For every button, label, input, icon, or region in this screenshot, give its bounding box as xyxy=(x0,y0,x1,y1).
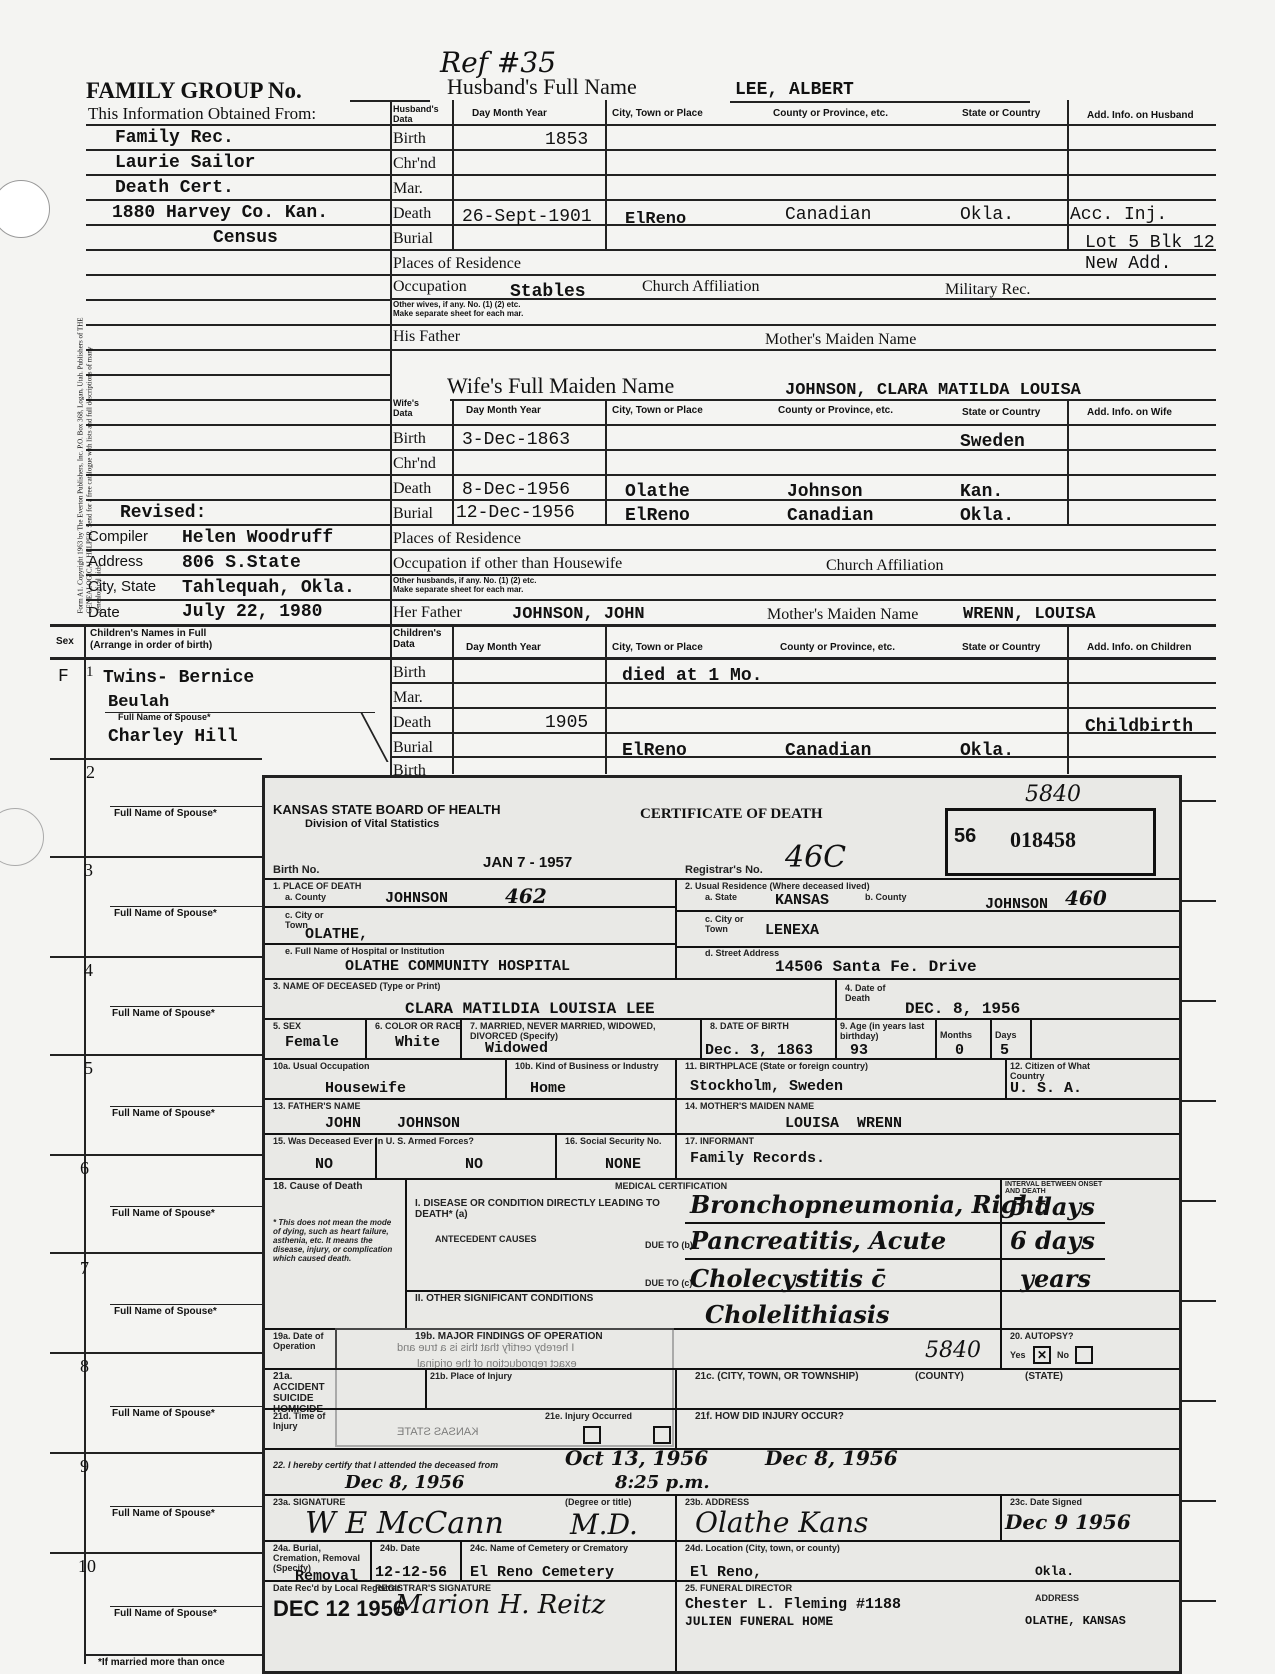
child-1-death-date: 1905 xyxy=(545,713,588,733)
funeral-home: JULIEN FUNERAL HOME xyxy=(685,1614,833,1629)
child-9-spouse-label: Full Name of Spouse* xyxy=(112,1508,215,1519)
res-city: LENEXA xyxy=(765,922,819,939)
her-mother: WRENN, LOUISA xyxy=(963,605,1096,624)
wife-occupation-label: Occupation if other than Housewife xyxy=(393,555,622,573)
husband-death-county: Canadian xyxy=(785,205,871,225)
wife-col-date: Day Month Year xyxy=(466,405,541,416)
child-3-number: 3 xyxy=(84,860,93,881)
wife-death-county: Johnson xyxy=(787,482,863,502)
cemetery: El Reno Cemetery xyxy=(470,1564,614,1581)
husband-death-date: 26-Sept-1901 xyxy=(462,207,592,227)
info-obtained-label: This Information Obtained From: xyxy=(88,104,316,124)
due-to-c-label: DUE TO (c) xyxy=(645,1278,692,1288)
child-1-burial-county: Canadian xyxy=(785,741,871,761)
residence-label: 2. Usual Residence (Where deceased lived… xyxy=(685,881,870,891)
child-10-spouse-label: Full Name of Spouse* xyxy=(114,1608,217,1619)
cert-address: Olathe Kans xyxy=(695,1506,868,1539)
location-state: Okla. xyxy=(1035,1564,1074,1579)
col-state: State or Country xyxy=(962,108,1040,119)
husband-data-label: Husband's Data xyxy=(393,104,451,124)
punch-hole-top xyxy=(0,180,50,238)
received-stamp: JAN 7 - 1957 xyxy=(483,854,572,871)
wife-col-state: State or Country xyxy=(962,407,1040,418)
wife-burial-county: Canadian xyxy=(787,506,873,526)
child-8-number: 8 xyxy=(80,1356,89,1377)
child-5-number: 5 xyxy=(84,1058,93,1079)
col-add-info-children: Add. Info. on Children xyxy=(1087,642,1191,653)
compiler-name: Helen Woodruff xyxy=(182,528,333,548)
wife-name: JOHNSON, CLARA MATILDA LOUISA xyxy=(785,381,1081,400)
interval-c: years xyxy=(1020,1264,1091,1293)
cause-label: 18. Cause of Death xyxy=(273,1181,393,1192)
husband-name-label: Husband's Full Name xyxy=(447,74,637,100)
husband-burial-label: Burial xyxy=(393,230,433,248)
husband-birth-label: Birth xyxy=(393,130,426,148)
injury-occurred-label: 21e. Injury Occurred xyxy=(545,1411,632,1421)
days-label: Days xyxy=(995,1030,1017,1040)
wife-death-date: 8-Dec-1956 xyxy=(462,480,570,500)
wife-birth-date: 3-Dec-1863 xyxy=(462,430,570,450)
child-5-spouse-label: Full Name of Spouse* xyxy=(112,1108,215,1119)
col-county: County or Province, etc. xyxy=(773,108,888,119)
his-father-label: His Father xyxy=(393,328,460,346)
source-4: 1880 Harvey Co. Kan. xyxy=(112,203,328,223)
child-2-spouse-label: Full Name of Spouse* xyxy=(114,808,217,819)
cert-agency: KANSAS STATE BOARD OF HEALTH xyxy=(273,802,501,817)
child-1-birth-label: Birth xyxy=(393,664,426,682)
father-label: 13. FATHER'S NAME xyxy=(273,1101,361,1111)
wife-birth-state: Sweden xyxy=(960,432,1025,452)
revised-label: Revised: xyxy=(120,503,206,523)
deceased-name-label: 3. NAME OF DECEASED (Type or Print) xyxy=(273,981,440,991)
husband-church-label: Church Affiliation xyxy=(642,278,759,296)
date-of-death-label: 4. Date of Death xyxy=(845,983,895,1003)
autopsy-label: 20. AUTOPSY? xyxy=(1010,1331,1074,1341)
footnote: *If married more than once xyxy=(98,1657,225,1668)
child-1-name: Twins- Bernice xyxy=(103,668,254,688)
file-note-2: 5840 xyxy=(925,1338,981,1363)
death-certificate: KANSAS STATE BOARD OF HEALTH Division of… xyxy=(262,775,1182,1674)
husband-birth-date: 1853 xyxy=(545,130,588,150)
date-signed: Dec 9 1956 xyxy=(1005,1510,1131,1534)
autopsy-yes-checkbox[interactable]: ✕ xyxy=(1033,1346,1051,1364)
husband-chr-label: Chr'nd xyxy=(393,155,436,173)
color-label: 6. COLOR OR RACE xyxy=(375,1021,462,1031)
col-add-info-husband: Add. Info. on Husband xyxy=(1087,110,1194,121)
res-county-code: 460 xyxy=(1065,886,1107,910)
family-group-label: FAMILY GROUP No. xyxy=(86,78,302,104)
death-county: JOHNSON xyxy=(385,890,448,907)
days: 5 xyxy=(1000,1042,1009,1059)
hospital-label: e. Full Name of Hospital or Institution xyxy=(285,946,445,956)
husband-occupation-label: Occupation xyxy=(393,278,467,296)
wife-col-county: County or Province, etc. xyxy=(778,405,893,416)
wife-burial-label: Burial xyxy=(393,505,433,523)
industry: Home xyxy=(530,1080,566,1097)
her-father-label: Her Father xyxy=(393,604,462,622)
informant-label: 17. INFORMANT xyxy=(685,1136,754,1146)
state-file-box: 56 018458 xyxy=(945,808,1156,876)
husband-death-state: Okla. xyxy=(960,205,1014,225)
ssn: NONE xyxy=(605,1156,641,1173)
birthplace-label: 11. BIRTHPLACE (State or foreign country… xyxy=(685,1061,868,1071)
citizen: U. S. A. xyxy=(1010,1080,1082,1097)
child-1-burial-state: Okla. xyxy=(960,741,1014,761)
child-1-burial-label: Burial xyxy=(393,739,433,757)
wife-burial-state: Okla. xyxy=(960,506,1014,526)
occupation-label: 10a. Usual Occupation xyxy=(273,1061,370,1071)
occupation: Housewife xyxy=(325,1080,406,1097)
burial-date-label: 24b. Date xyxy=(380,1543,420,1553)
wife-burial-date: 12-Dec-1956 xyxy=(456,503,575,523)
source-5: Census xyxy=(213,228,278,248)
cause-a: Bronchopneumonia, Right xyxy=(690,1190,1046,1219)
injury-not-at-work-checkbox[interactable] xyxy=(653,1426,671,1444)
wife-col-city: City, Town or Place xyxy=(612,405,703,416)
husband-burial-info-extra: New Add. xyxy=(1085,254,1171,274)
injury-while-at-work-checkbox[interactable] xyxy=(583,1426,601,1444)
date-rec: DEC 12 1956 xyxy=(273,1596,405,1622)
date-signed-label: 23c. Date Signed xyxy=(1010,1497,1082,1507)
husband-military-label: Military Rec. xyxy=(945,281,1030,299)
registrar-no: 46C xyxy=(785,840,846,875)
child-6-number: 6 xyxy=(80,1158,89,1179)
armed-forces: NO xyxy=(315,1156,333,1173)
cert-title: CERTIFICATE OF DEATH xyxy=(640,806,823,823)
funeral-director-label: 25. FUNERAL DIRECTOR xyxy=(685,1583,792,1593)
source-1: Family Rec. xyxy=(115,128,234,148)
child-2-number: 2 xyxy=(86,762,95,783)
child-3-spouse-label: Full Name of Spouse* xyxy=(114,908,217,919)
burial-date: 12-12-56 xyxy=(375,1564,447,1581)
wife-residence-label: Places of Residence xyxy=(393,530,521,548)
other-wives-label: Other wives, if any. No. (1) (2) etc.Mak… xyxy=(393,300,523,318)
child-1-birth-note: died at 1 Mo. xyxy=(622,666,762,686)
wife-burial-city: ElReno xyxy=(625,506,690,526)
injury-time-label: 21d. Time of Injury xyxy=(273,1411,328,1431)
wife-church-label: Church Affiliation xyxy=(826,557,943,575)
funeral-address: OLATHE, KANSAS xyxy=(1025,1614,1126,1628)
cause-b: Pancreatitis, Acute xyxy=(690,1226,946,1255)
dob-label: 8. DATE OF BIRTH xyxy=(710,1021,789,1031)
marital: Widowed xyxy=(485,1040,548,1057)
months-label: Months xyxy=(940,1030,972,1040)
cert-file-note: 5840 xyxy=(1025,782,1081,807)
husband-mar-label: Mar. xyxy=(393,180,423,198)
wife-name-label: Wife's Full Maiden Name xyxy=(447,373,674,399)
last-saw-alive: Dec 8, 1956 xyxy=(345,1472,464,1493)
source-3: Death Cert. xyxy=(115,178,234,198)
child-1-death-info: Childbirth xyxy=(1085,717,1193,737)
age-label: 9. Age (in years last birthday) xyxy=(840,1021,930,1041)
death-city: OLATHE, xyxy=(305,926,368,943)
child-1-burial-city: ElReno xyxy=(622,741,687,761)
age: 93 xyxy=(850,1042,868,1059)
child-1-spouse: Charley Hill xyxy=(108,727,238,747)
antecedent-label: ANTECEDENT CAUSES xyxy=(435,1234,537,1244)
compiler-date: July 22, 1980 xyxy=(182,602,322,622)
months: 0 xyxy=(955,1042,964,1059)
husband-residence-label: Places of Residence xyxy=(393,255,521,273)
child-1-death-label: Death xyxy=(393,714,431,732)
child-1-number: 1 xyxy=(86,664,94,681)
wife-data-label: Wife's Data xyxy=(393,398,433,418)
interval-a: 5 days xyxy=(1010,1192,1095,1221)
husband-name: LEE, ALBERT xyxy=(735,80,854,100)
child-col-county: County or Province, etc. xyxy=(780,642,895,653)
interval-b: 6 days xyxy=(1010,1226,1095,1255)
funeral-address-label: ADDRESS xyxy=(1035,1593,1079,1603)
child-1-mar-label: Mar. xyxy=(393,689,423,707)
place-of-death-label: 1. PLACE OF DEATH xyxy=(273,881,361,891)
other-conditions: Cholelithiasis xyxy=(705,1300,890,1329)
child-1-sex: F xyxy=(58,667,69,687)
sex-label: 5. SEX xyxy=(273,1021,301,1031)
child-2-birth-label: Birth xyxy=(393,762,426,775)
col-city: City, Town or Place xyxy=(612,108,703,119)
res-city-label: c. City or Town xyxy=(705,914,745,934)
location: El Reno, xyxy=(690,1564,762,1581)
color: White xyxy=(395,1034,440,1051)
injury-state-label: (STATE) xyxy=(1025,1371,1063,1382)
his-mother-label: Mother's Maiden Name xyxy=(765,331,916,349)
township-code: 462 xyxy=(505,884,547,908)
state-file-prefix: 56 xyxy=(954,825,976,848)
res-state: KANSAS xyxy=(775,892,829,909)
industry-label: 10b. Kind of Business or Industry xyxy=(515,1061,665,1071)
child-4-spouse-label: Full Name of Spouse* xyxy=(112,1008,215,1019)
wife-chr-label: Chr'nd xyxy=(393,455,436,473)
compiler-city-state: Tahlequah, Okla. xyxy=(182,578,355,598)
dob: Dec. 3, 1863 xyxy=(705,1042,813,1059)
wife-death-state: Kan. xyxy=(960,482,1003,502)
city-state-label: City, State xyxy=(88,578,156,595)
cemetery-label: 24c. Name of Cemetery or Crematory xyxy=(470,1543,628,1553)
husband-death-label: Death xyxy=(393,205,431,223)
sex-col-label: Sex xyxy=(56,636,74,647)
res-state-label: a. State xyxy=(705,892,737,902)
source-2: Laurie Sailor xyxy=(115,153,255,173)
res-street-label: d. Street Address xyxy=(705,948,779,958)
autopsy-no-label: No xyxy=(1057,1350,1069,1360)
county-label: a. County xyxy=(285,892,326,902)
res-street: 14506 Santa Fe. Drive xyxy=(775,958,977,976)
child-1-name-2: Beulah xyxy=(108,693,169,712)
child-7-number: 7 xyxy=(80,1258,89,1279)
child-4-number: 4 xyxy=(84,960,93,981)
compiler-label: Compiler xyxy=(88,528,148,545)
birth-no-label: Birth No. xyxy=(273,864,319,876)
injury-place-label: 21b. Place of Injury xyxy=(430,1371,512,1381)
compiler-address: 806 S.State xyxy=(182,553,301,573)
how-injury-label: 21f. HOW DID INJURY OCCUR? xyxy=(695,1411,844,1422)
husband-death-city: ElReno xyxy=(625,210,686,229)
date-label: Date xyxy=(88,604,120,621)
wife-birth-label: Birth xyxy=(393,430,426,448)
certify-label: 22. I hereby certify that I attended the… xyxy=(273,1460,498,1470)
registrar-no-label: Registrar's No. xyxy=(685,864,763,876)
death-time: 8:25 p.m. xyxy=(615,1472,710,1493)
disease-label: I. DISEASE OR CONDITION DIRECTLY LEADING… xyxy=(415,1198,685,1220)
operation-date-label: 19a. Date of Operation xyxy=(273,1331,333,1351)
address-label: Address xyxy=(88,553,143,570)
attended-from: Oct 13, 1956 xyxy=(565,1446,708,1470)
birthplace: Stockholm, Sweden xyxy=(690,1078,843,1095)
location-label: 24d. Location (City, town, or county) xyxy=(685,1543,840,1553)
certified-copy-stamp: I hereby certify that this is a true and… xyxy=(335,1328,674,1447)
signature: W E McCann xyxy=(305,1506,504,1541)
child-6-spouse-label: Full Name of Spouse* xyxy=(112,1208,215,1219)
wife-death-label: Death xyxy=(393,480,431,498)
deceased-name: CLARA MATILDIA LOUISIA LEE xyxy=(405,1000,655,1018)
state-file-number: 018458 xyxy=(1010,827,1076,853)
date-of-death: DEC. 8, 1956 xyxy=(905,1000,1020,1018)
mother-label: 14. MOTHER'S MAIDEN NAME xyxy=(685,1101,814,1111)
other-conditions-label: II. OTHER SIGNIFICANT CONDITIONS xyxy=(415,1293,593,1304)
informant: Family Records. xyxy=(690,1150,825,1167)
degree-label: (Degree or title) xyxy=(565,1497,632,1507)
child-col-state: State or Country xyxy=(962,642,1040,653)
registrar-signature: Marion H. Reitz xyxy=(395,1590,605,1620)
hospital: OLATHE COMMUNITY HOSPITAL xyxy=(345,958,570,975)
child-7-spouse-label: Full Name of Spouse* xyxy=(114,1306,217,1317)
ssn-label: 16. Social Security No. xyxy=(565,1136,665,1146)
autopsy-no-checkbox[interactable] xyxy=(1075,1346,1093,1364)
husband-death-info: Acc. Inj. xyxy=(1070,205,1167,225)
wife-death-city: Olathe xyxy=(625,482,690,502)
bracket-line xyxy=(360,712,389,762)
other-husbands-label: Other husbands, if any. No. (1) (2) etc.… xyxy=(393,576,536,594)
child-1-spouse-label: Full Name of Spouse* xyxy=(118,712,211,722)
cause-c: Cholecystitis c̄ xyxy=(690,1264,886,1293)
attended-to: Dec 8, 1956 xyxy=(765,1446,898,1470)
her-father: JOHNSON, JOHN xyxy=(512,605,645,624)
mother: LOUISA WRENN xyxy=(785,1115,902,1132)
cause-footnote: * This does not mean the mode of dying, … xyxy=(273,1218,398,1263)
citizen-label: 12. Citizen of What Country xyxy=(1010,1061,1100,1081)
punch-hole-middle xyxy=(0,808,44,866)
injury-county-label: (COUNTY) xyxy=(915,1371,964,1382)
war-dates: NO xyxy=(465,1156,483,1173)
due-to-b-label: DUE TO (b) xyxy=(645,1240,693,1250)
col-add-info-wife: Add. Info. on Wife xyxy=(1087,407,1172,418)
col-date: Day Month Year xyxy=(472,108,547,119)
husband-burial-info: Lot 5 Blk 12 xyxy=(1085,233,1215,253)
autopsy-yes-label: Yes xyxy=(1010,1350,1026,1360)
children-names-label: Children's Names in Full(Arrange in orde… xyxy=(90,628,212,652)
child-8-spouse-label: Full Name of Spouse* xyxy=(112,1408,215,1419)
funeral-director: Chester L. Fleming #1188 xyxy=(685,1596,901,1613)
father: JOHN JOHNSON xyxy=(325,1115,460,1132)
cert-division: Division of Vital Statistics xyxy=(305,818,439,830)
child-col-city: City, Town or Place xyxy=(612,642,703,653)
res-county-label: b. County xyxy=(865,892,907,902)
degree: M.D. xyxy=(570,1508,638,1541)
children-data-label: Children's Data xyxy=(393,628,443,650)
child-9-number: 9 xyxy=(80,1456,89,1477)
marital-label: 7. MARRIED, NEVER MARRIED, WIDOWED, DIVO… xyxy=(470,1021,690,1041)
sex: Female xyxy=(285,1034,339,1051)
child-col-date: Day Month Year xyxy=(466,642,541,653)
child-10-number: 10 xyxy=(78,1556,96,1577)
her-mother-label: Mother's Maiden Name xyxy=(767,606,918,624)
injury-city-label: 21c. (CITY, TOWN, OR TOWNSHIP) xyxy=(695,1371,859,1382)
